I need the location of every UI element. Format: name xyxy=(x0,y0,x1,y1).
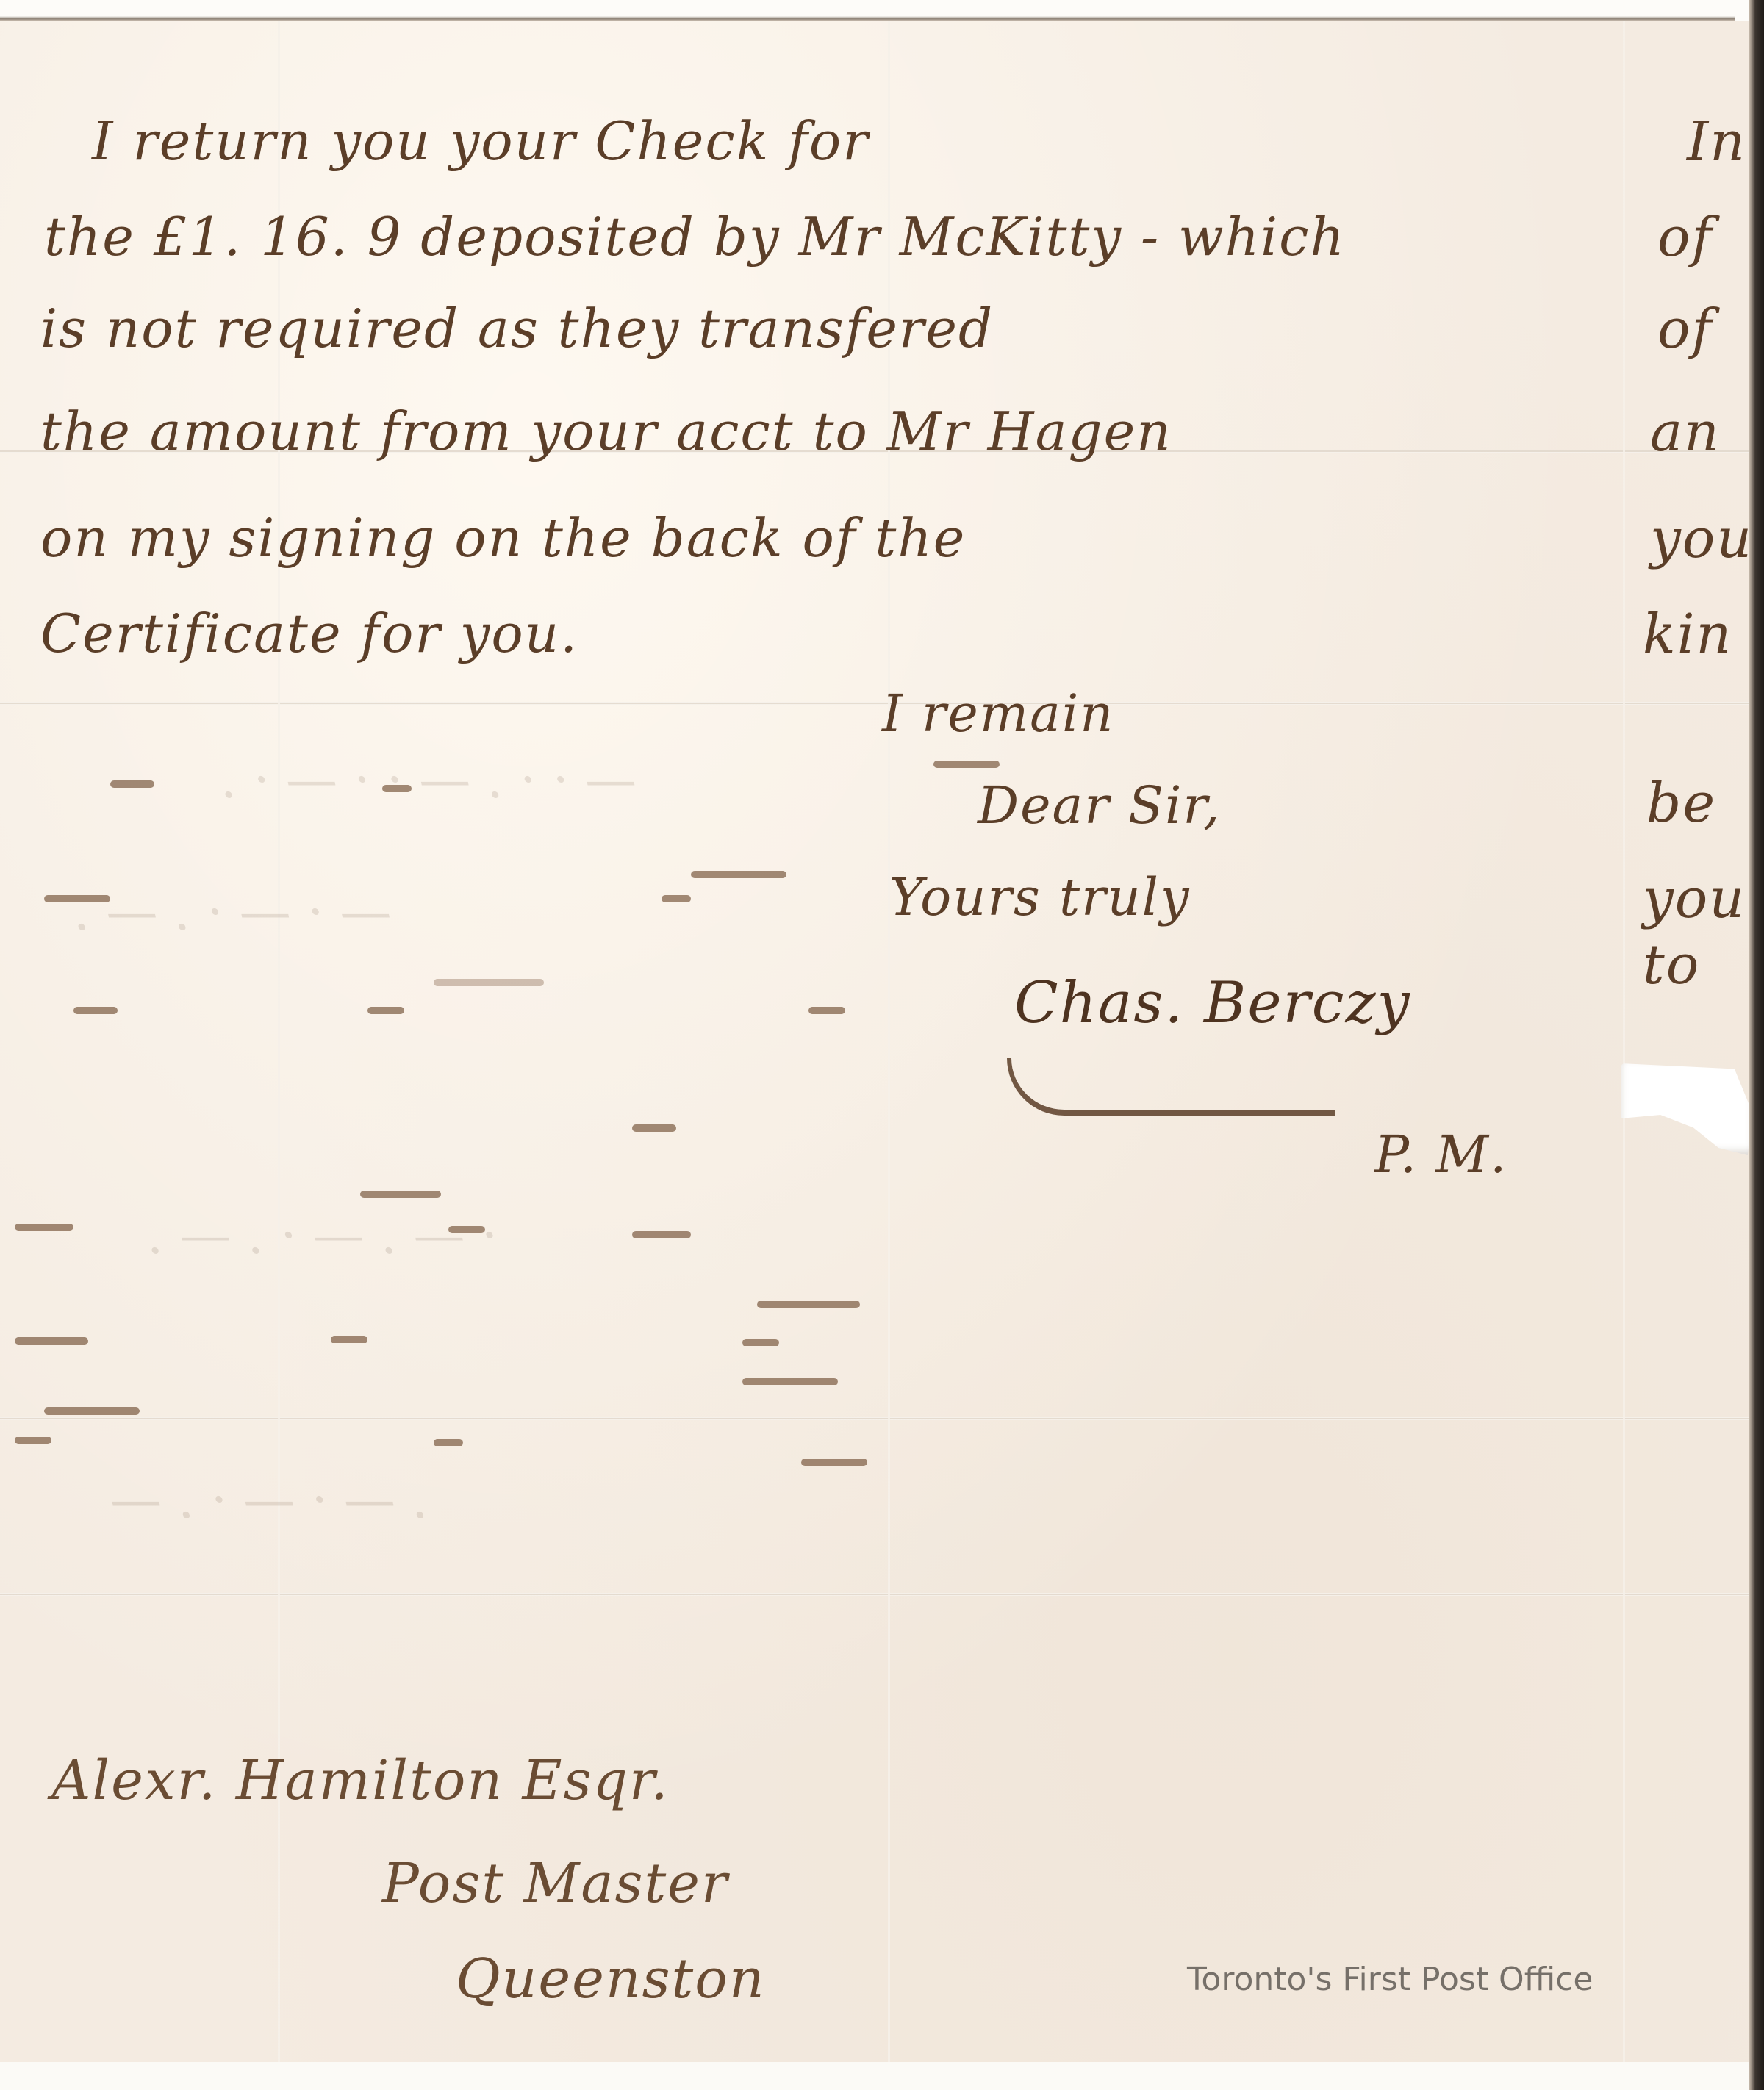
signature-title: P. M. xyxy=(1374,1124,1507,1185)
margin-fragment: be xyxy=(1646,772,1716,835)
ink-bleed xyxy=(632,1231,691,1238)
show-through-text: · — . — · . — . xyxy=(147,1205,498,1265)
ink-bleed xyxy=(448,1226,485,1233)
show-through-text: — · · . — · · — · . xyxy=(220,750,637,810)
ink-bleed xyxy=(367,1007,404,1014)
ink-bleed xyxy=(742,1378,838,1385)
ink-bleed xyxy=(434,1439,463,1446)
ink-bleed xyxy=(73,1007,118,1014)
fold-line xyxy=(0,1593,1749,1596)
margin-fragment: you xyxy=(1643,867,1746,930)
signature: Chas. Berczy xyxy=(1014,970,1411,1036)
ink-bleed xyxy=(15,1437,51,1444)
margin-fragment: you xyxy=(1650,507,1753,570)
ink-bleed xyxy=(661,895,691,902)
margin-fragment: In xyxy=(1687,110,1746,173)
ink-bleed xyxy=(632,1124,676,1132)
margin-fragment: to xyxy=(1643,933,1700,996)
margin-fragment: an xyxy=(1650,401,1721,464)
ink-bleed xyxy=(434,979,544,986)
letter-line-5: on my signing on the back of the xyxy=(40,507,966,569)
closing-yours-truly: Yours truly xyxy=(889,867,1191,927)
address-line-1: Alexr. Hamilton Esqr. xyxy=(51,1749,670,1812)
ink-bleed xyxy=(933,761,1000,768)
letter-line-1: I return you your Check for xyxy=(92,110,870,172)
watermark-caption: Toronto's First Post Office xyxy=(1187,1961,1593,1998)
ink-bleed xyxy=(757,1301,860,1308)
ink-bleed xyxy=(691,871,786,878)
ink-bleed xyxy=(360,1191,441,1198)
ink-bleed xyxy=(15,1337,88,1345)
fold-line-vertical xyxy=(1623,21,1625,2062)
ink-bleed xyxy=(331,1336,367,1343)
letter-line-4: the amount from your acct to Mr Hagen xyxy=(40,401,1172,462)
address-line-3: Queenston xyxy=(456,1947,766,2011)
signature-flourish xyxy=(1007,1058,1335,1116)
ink-bleed xyxy=(382,785,412,792)
scan-bottom-margin xyxy=(0,2062,1764,2090)
letter-line-6: Certificate for you. xyxy=(40,603,578,664)
ink-bleed xyxy=(742,1339,779,1346)
fold-line xyxy=(0,702,1749,705)
margin-fragment: of xyxy=(1657,206,1713,269)
scan-edge-shadow xyxy=(1749,0,1764,2090)
ink-bleed xyxy=(110,780,154,788)
ink-bleed xyxy=(801,1459,867,1466)
closing-dear-sir: Dear Sir, xyxy=(978,775,1221,836)
address-line-2: Post Master xyxy=(382,1852,728,1915)
paper-top-edge xyxy=(0,16,1735,21)
closing-i-remain: I remain xyxy=(882,683,1114,744)
ink-bleed xyxy=(15,1224,73,1231)
margin-fragment: kin xyxy=(1643,603,1732,666)
ink-bleed xyxy=(44,895,110,902)
show-through-text: — · — · . — . xyxy=(73,882,392,942)
ink-bleed xyxy=(44,1407,140,1415)
show-through-text: . — · — · . — xyxy=(110,1470,429,1530)
margin-fragment: of xyxy=(1657,298,1713,361)
ink-bleed xyxy=(808,1007,845,1014)
letter-line-2: the £1. 16. 9 deposited by Mr McKitty - … xyxy=(44,206,1346,267)
fold-line xyxy=(0,1417,1749,1420)
letter-line-3: is not required as they transfered xyxy=(40,298,994,359)
